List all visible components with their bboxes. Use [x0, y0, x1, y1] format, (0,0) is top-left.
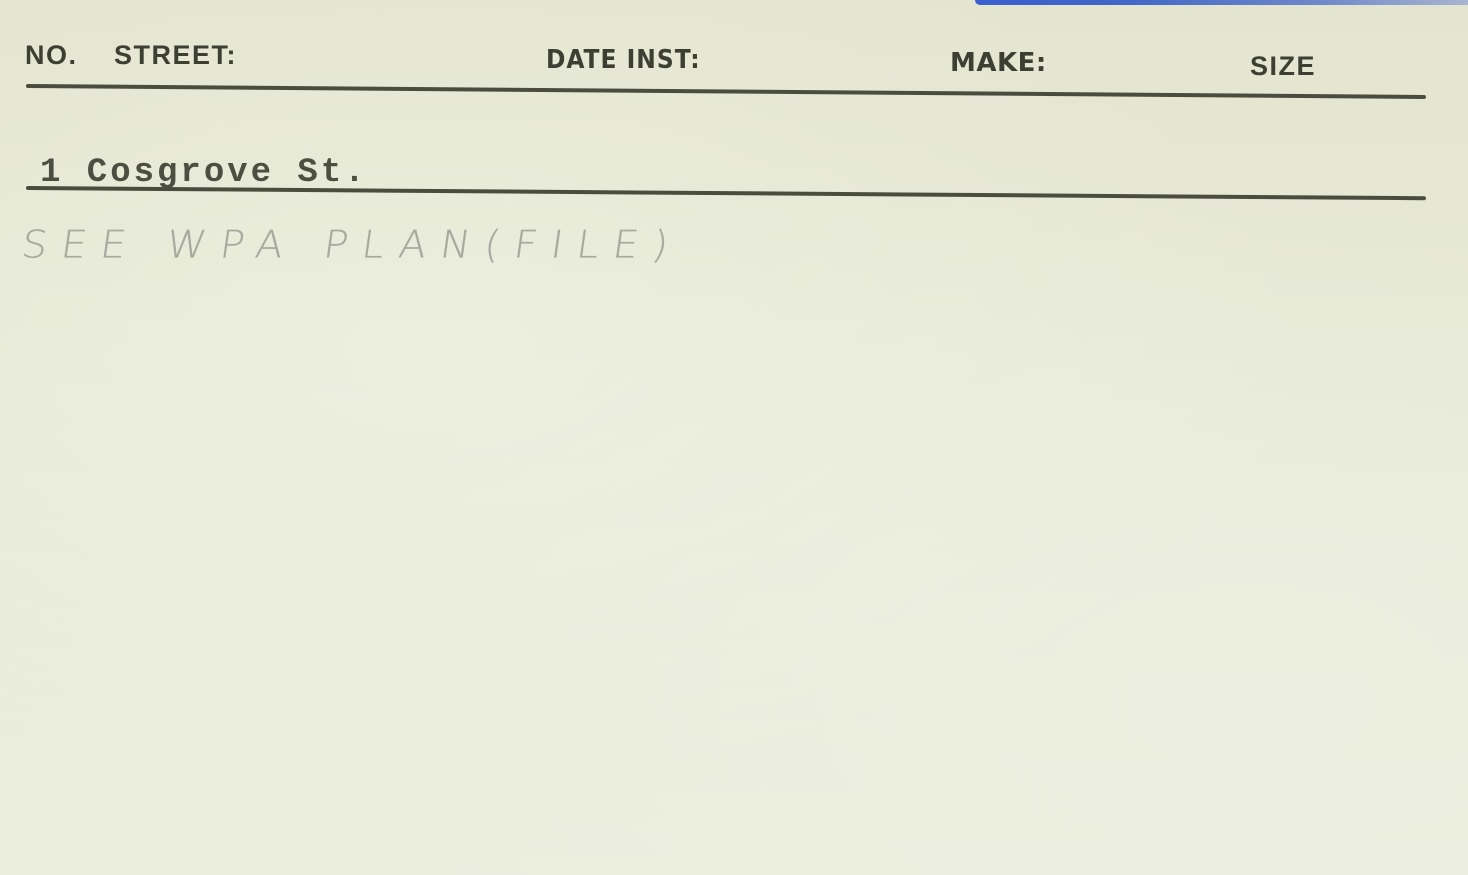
header-rule-line [26, 84, 1426, 99]
header-label-no: NO. [25, 40, 78, 71]
blue-edge-mark [975, 0, 1468, 5]
handwritten-pencil-note: SEE WPA PLAN(FILE) [19, 223, 685, 267]
entry-rule-line [26, 186, 1426, 200]
header-label-make: MAKE: [950, 48, 1047, 78]
header-label-street: STREET: [114, 40, 237, 71]
header-label-date-inst: DATE INST: [546, 45, 701, 75]
index-card: NO. STREET: DATE INST: MAKE: SIZE 1 Cosg… [0, 0, 1468, 875]
header-label-size: SIZE [1250, 51, 1316, 82]
